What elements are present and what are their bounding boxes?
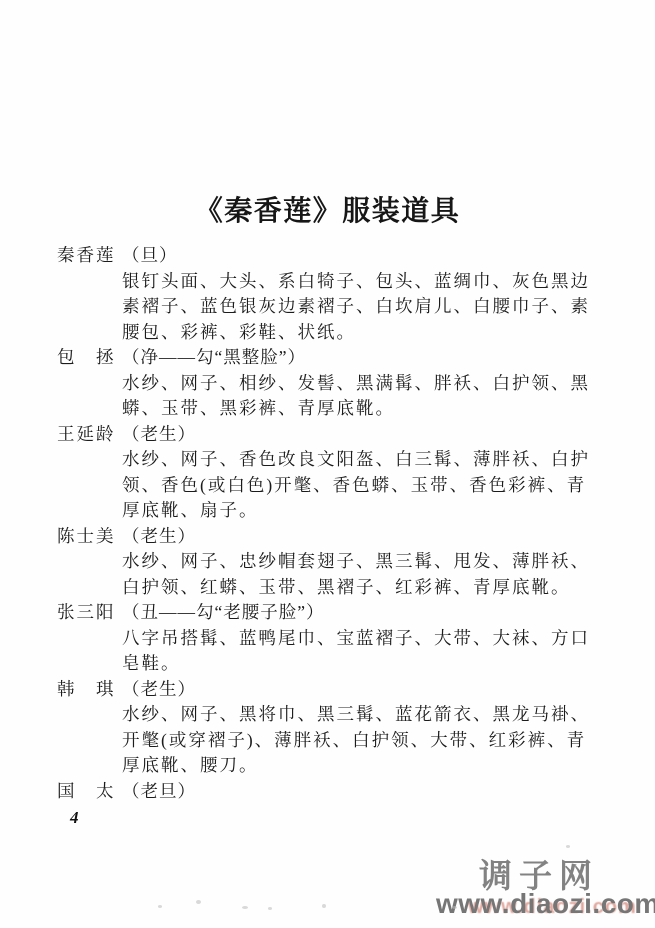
costume-line: 领、香色(或白色)开氅、香色蟒、玉带、香色彩裤、青 — [122, 473, 569, 499]
character-name: 秦香莲 — [57, 243, 122, 269]
costume-line: 腰包、彩裤、彩鞋、状纸。 — [122, 320, 569, 346]
character-role: （老生） — [122, 424, 196, 444]
costume-line: 白护领、红蟒、玉带、黑褶子、红彩裤、青厚底靴。 — [122, 575, 569, 601]
costume-line: 蟒、玉带、黑彩裤、青厚底靴。 — [122, 396, 569, 422]
entry-zhang-sanyang: 张三阳（丑——勾“老腰子脸”） 八字吊搭髯、蓝鸭尾巾、宝蓝褶子、大带、大袜、方口… — [57, 600, 569, 677]
costume-line: 水纱、网子、香色改良文阳盔、白三髯、薄胖袄、白护 — [122, 447, 569, 473]
page-number: 4 — [70, 808, 79, 828]
entry-header: 韩 琪（老生） — [57, 677, 569, 703]
book-page: 《秦香莲》服装道具 秦香莲（旦） 银钉头面、大头、系白犄子、包头、蓝绸巾、灰色黑… — [0, 0, 655, 928]
entry-header: 秦香莲（旦） — [57, 243, 569, 269]
scan-speck — [322, 904, 326, 908]
costume-line: 素褶子、蓝色银灰边素褶子、白坎肩儿、白腰巾子、素 — [122, 294, 569, 320]
entry-wang-yanling: 王延龄（老生） 水纱、网子、香色改良文阳盔、白三髯、薄胖袄、白护 领、香色(或白… — [57, 422, 569, 524]
character-role: （净——勾“黑整脸”） — [122, 347, 306, 367]
character-role: （旦） — [122, 245, 178, 265]
costume-lines: 水纱、网子、香色改良文阳盔、白三髯、薄胖袄、白护 领、香色(或白色)开氅、香色蟒… — [122, 447, 569, 524]
character-role: （老生） — [122, 526, 196, 546]
costume-list: 秦香莲（旦） 银钉头面、大头、系白犄子、包头、蓝绸巾、灰色黑边 素褶子、蓝色银灰… — [57, 243, 569, 804]
costume-line: 厚底靴、扇子。 — [122, 498, 569, 524]
page-title: 《秦香莲》服装道具 — [0, 189, 655, 229]
character-role: （老生） — [122, 679, 196, 699]
scan-speck — [158, 905, 162, 908]
watermark-site-url: www.diaozi.com — [436, 888, 655, 920]
costume-lines: 八字吊搭髯、蓝鸭尾巾、宝蓝褶子、大带、大袜、方口 皂鞋。 — [122, 626, 569, 677]
entry-bao-zheng: 包 拯（净——勾“黑整脸”） 水纱、网子、相纱、发髻、黑满髯、胖袄、白护领、黑 … — [57, 345, 569, 422]
character-role: （老旦） — [122, 781, 196, 801]
costume-line: 开氅(或穿褶子)、薄胖袄、白护领、大带、红彩裤、青 — [122, 728, 569, 754]
entry-header: 王延龄（老生） — [57, 422, 569, 448]
character-name: 张三阳 — [57, 600, 122, 626]
costume-line: 水纱、网子、黑将巾、黑三髯、蓝花箭衣、黑龙马褂、 — [122, 702, 569, 728]
scan-speck — [196, 900, 201, 904]
entry-header: 陈士美（老生） — [57, 524, 569, 550]
costume-lines: 水纱、网子、黑将巾、黑三髯、蓝花箭衣、黑龙马褂、 开氅(或穿褶子)、薄胖袄、白护… — [122, 702, 569, 779]
scan-speck — [566, 845, 570, 848]
scan-speck — [268, 907, 272, 910]
costume-lines: 水纱、网子、忠纱帽套翅子、黑三髯、甩发、薄胖袄、 白护领、红蟒、玉带、黑褶子、红… — [122, 549, 569, 600]
character-name: 包 拯 — [57, 345, 122, 371]
costume-line: 皂鞋。 — [122, 651, 569, 677]
costume-line: 水纱、网子、忠纱帽套翅子、黑三髯、甩发、薄胖袄、 — [122, 549, 569, 575]
entry-chen-shimei: 陈士美（老生） 水纱、网子、忠纱帽套翅子、黑三髯、甩发、薄胖袄、 白护领、红蟒、… — [57, 524, 569, 601]
costume-lines: 银钉头面、大头、系白犄子、包头、蓝绸巾、灰色黑边 素褶子、蓝色银灰边素褶子、白坎… — [122, 269, 569, 346]
costume-line: 厚底靴、腰刀。 — [122, 753, 569, 779]
character-role: （丑——勾“老腰子脸”） — [122, 602, 325, 622]
character-name: 韩 琪 — [57, 677, 122, 703]
scan-speck — [242, 906, 248, 909]
entry-qin-xianglian: 秦香莲（旦） 银钉头面、大头、系白犄子、包头、蓝绸巾、灰色黑边 素褶子、蓝色银灰… — [57, 243, 569, 345]
entry-header: 张三阳（丑——勾“老腰子脸”） — [57, 600, 569, 626]
character-name: 王延龄 — [57, 422, 122, 448]
costume-line: 八字吊搭髯、蓝鸭尾巾、宝蓝褶子、大带、大袜、方口 — [122, 626, 569, 652]
costume-line: 水纱、网子、相纱、发髻、黑满髯、胖袄、白护领、黑 — [122, 371, 569, 397]
character-name: 陈士美 — [57, 524, 122, 550]
entry-header: 国 太（老旦） — [57, 779, 569, 805]
costume-line: 银钉头面、大头、系白犄子、包头、蓝绸巾、灰色黑边 — [122, 269, 569, 295]
entry-han-qi: 韩 琪（老生） 水纱、网子、黑将巾、黑三髯、蓝花箭衣、黑龙马褂、 开氅(或穿褶子… — [57, 677, 569, 779]
entry-header: 包 拯（净——勾“黑整脸”） — [57, 345, 569, 371]
scan-speck — [452, 906, 457, 909]
character-name: 国 太 — [57, 779, 122, 805]
entry-guo-tai: 国 太（老旦） — [57, 779, 569, 805]
costume-lines: 水纱、网子、相纱、发髻、黑满髯、胖袄、白护领、黑 蟒、玉带、黑彩裤、青厚底靴。 — [122, 371, 569, 422]
